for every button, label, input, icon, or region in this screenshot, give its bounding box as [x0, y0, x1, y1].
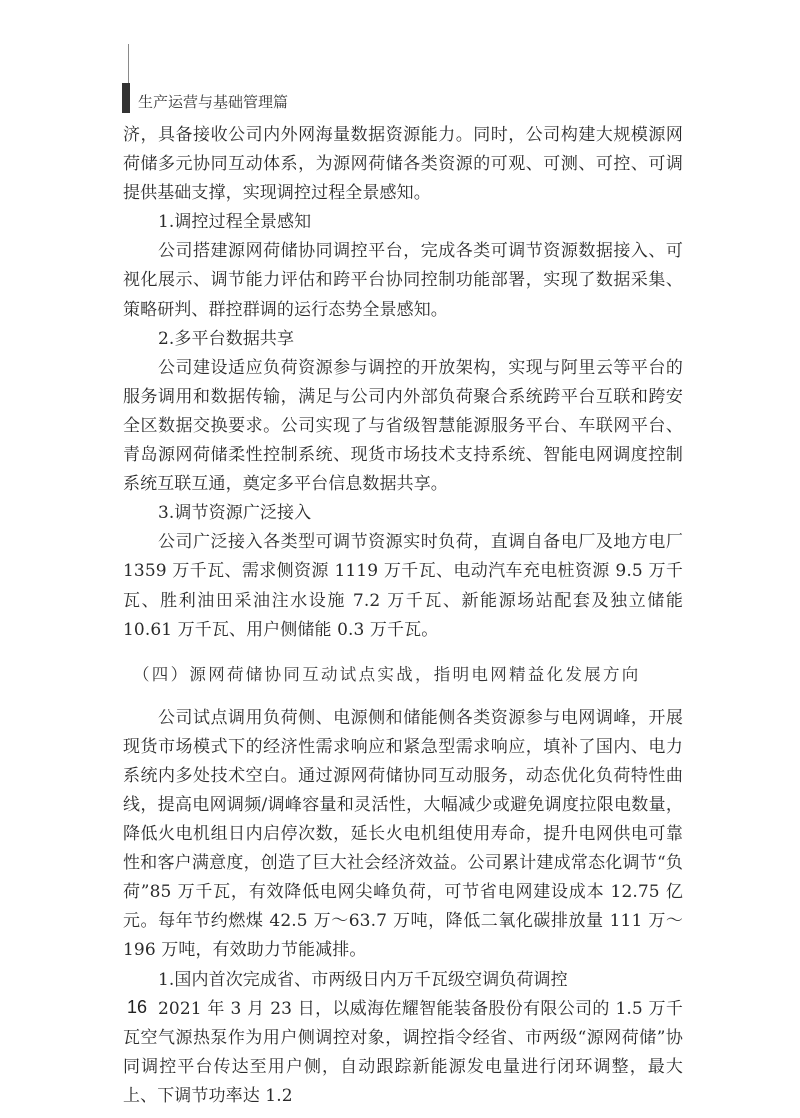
paragraph-air-conditioning-load: 2021 年 3 月 23 日，以威海佐耀智能装备股份有限公司的 1.5 万千瓦…	[123, 995, 683, 1111]
section-heading: （四）源网荷储协同互动试点实战，指明电网精益化发展方向	[123, 660, 683, 689]
paragraph-panoramic-perception: 公司搭建源网荷储协同调控平台，完成各类可调节资源数据接入、可视化展示、调节能力评…	[123, 237, 683, 324]
subheading-resource-access: 3.调节资源广泛接入	[123, 499, 683, 528]
paragraph-pilot-practice: 公司试点调用负荷侧、电源侧和储能侧各类资源参与电网调峰，开展现货市场模式下的经济…	[123, 704, 683, 966]
running-header: 生产运营与基础管理篇	[122, 44, 422, 114]
header-title: 生产运营与基础管理篇	[138, 92, 288, 112]
header-rule-thick	[122, 83, 130, 113]
subheading-panoramic-perception: 1.调控过程全景感知	[123, 208, 683, 237]
paragraph-continued: 济，具备接收公司内外网海量数据资源能力。同时，公司构建大规模源网荷储多元协同互动…	[123, 121, 683, 208]
page-number: 16	[127, 997, 147, 1018]
paragraph-resource-access: 公司广泛接入各类型可调节资源实时负荷，直调自备电厂及地方电厂 1359 万千瓦、…	[123, 528, 683, 644]
subheading-air-conditioning-load: 1.国内首次完成省、市两级日内万千瓦级空调负荷调控	[123, 966, 683, 995]
page-body: 济，具备接收公司内外网海量数据资源能力。同时，公司构建大规模源网荷储多元协同互动…	[123, 121, 683, 1111]
subheading-multi-platform-sharing: 2.多平台数据共享	[123, 325, 683, 354]
header-rule-thin	[128, 44, 129, 84]
paragraph-multi-platform-sharing: 公司建设适应负荷资源参与调控的开放架构，实现与阿里云等平台的服务调用和数据传输，…	[123, 354, 683, 499]
